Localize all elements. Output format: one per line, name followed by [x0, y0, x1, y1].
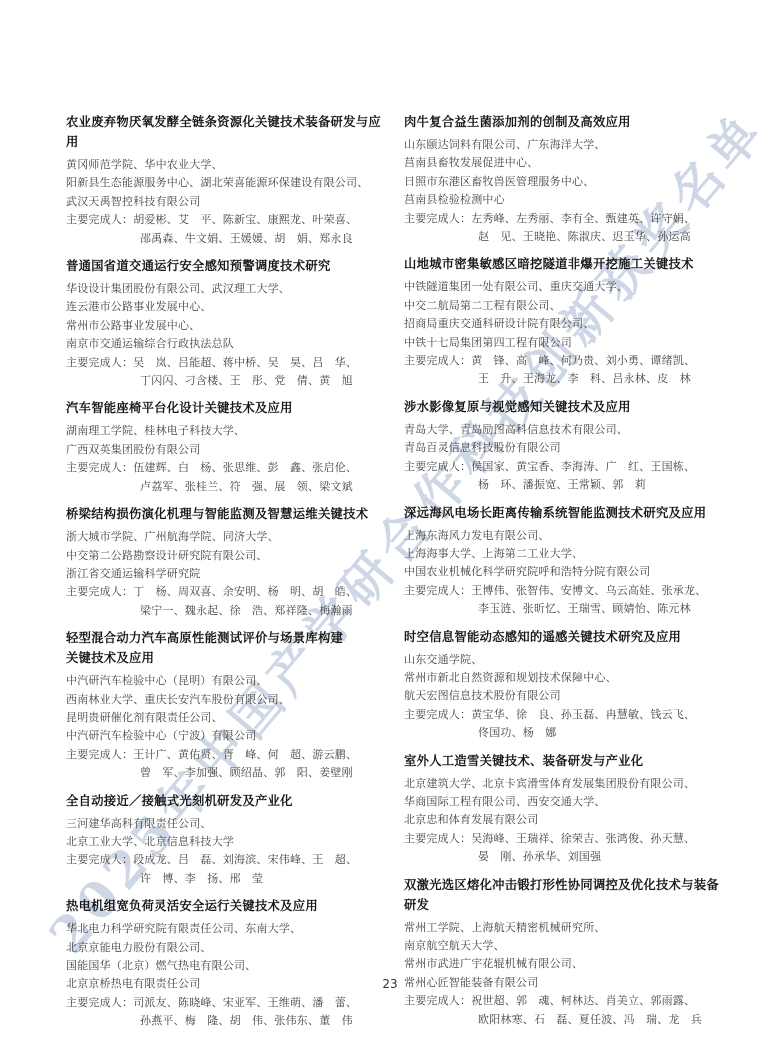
organization-line: 华商国际工程有限公司、西安交通大学、: [404, 793, 730, 811]
contributors-label: 主要完成人：: [66, 853, 133, 866]
organization-line: 常州市武进广宇花辊机械有限公司、: [404, 955, 730, 973]
contributors-names: 吴海峰、王瑞祥、徐荣吉、张鸿俊、孙天慧、: [471, 832, 695, 845]
contributors-line-continued: 丁闪闪、刁含楼、王 彤、党 倩、黄 旭: [66, 372, 392, 390]
organization-line: 青岛百灵信息科技股份有限公司: [404, 439, 730, 457]
contributors-line: 主要完成人：侯国家、黄宝香、李海涛、广 红、王国栋、: [404, 458, 730, 476]
contributors-names: 胡爱彬、艾 平、陈新宝、康熙龙、叶荣喜、: [133, 213, 357, 226]
organization-line: 阳新县生态能源服务中心、湖北荣喜能源环保建设有限公司、: [66, 174, 392, 192]
contributors-label: 主要完成人：: [66, 213, 133, 226]
entry-title: 汽车智能座椅平台化设计关键技术及应用: [66, 398, 392, 418]
organization-line: 上海海事大学、上海第二工业大学、: [404, 545, 730, 563]
contributors-line-continued: 梁宁一、魏永起、徐 浩、郑祥隆、梅瀚雨: [66, 602, 392, 620]
contributors-line-continued: 邵禹森、牛文娟、王媛媛、胡 娟、郑永良: [66, 230, 392, 248]
organization-line: 广西双英集团股份有限公司: [66, 441, 392, 459]
entry-title: 时空信息智能动态感知的遥感关键技术研究及应用: [404, 627, 730, 647]
contributors-line: 主要完成人：王博伟、张智伟、安博文、乌云高娃、张承龙、: [404, 582, 730, 600]
award-entry: 涉水影像复原与视觉感知关键技术及应用青岛大学、青岛励图高科信息技术有限公司、青岛…: [404, 397, 730, 495]
contributors-line: 主要完成人：司派友、陈晓峰、宋亚军、王维萌、潘 蕾、: [66, 994, 392, 1012]
contributors-line-continued: 孙燕平、梅 隆、胡 伟、张伟东、董 伟: [66, 1012, 392, 1030]
contributors-line-continued: 许 博、李 扬、邢 莹: [66, 870, 392, 888]
contributors-line: 主要完成人：祝世超、郭 魂、柯林达、肖美立、郭雨露、: [404, 992, 730, 1010]
award-entry: 普通国省道交通运行安全感知预警调度技术研究华设设计集团股份有限公司、武汉理工大学…: [66, 256, 392, 390]
entry-title: 轻型混合动力汽车高原性能测试评价与场景库构建 关键技术及应用: [66, 628, 392, 668]
organization-line: 山东颐达饲料有限公司、广东海洋大学、: [404, 136, 730, 154]
contributors-label: 主要完成人：: [66, 996, 133, 1009]
organization-line: 北京工业大学、北京信息科技大学: [66, 833, 392, 851]
contributors-names: 王计广、黄佑贤、胥 峰、何 超、游云鹏、: [133, 748, 357, 761]
organization-line: 上海东海风力发电有限公司、: [404, 527, 730, 545]
award-entry: 肉牛复合益生菌添加剂的创制及高效应用山东颐达饲料有限公司、广东海洋大学、莒南县畜…: [404, 112, 730, 246]
contributors-line-continued: 佟国功、杨 娜: [404, 724, 730, 742]
organization-line: 常州市新北自然资源和规划技术保障中心、: [404, 669, 730, 687]
organization-line: 航天宏图信息技术股份有限公司: [404, 687, 730, 705]
organization-line: 中交二航局第二工程有限公司、: [404, 297, 730, 315]
entry-title: 室外人工造雪关键技术、装备研发与产业化: [404, 751, 730, 771]
contributors-label: 主要完成人：: [404, 354, 471, 367]
contributors-names: 伍建辉、白 杨、张思维、彭 鑫、张启伦、: [133, 461, 357, 474]
contributors-line-continued: 王 升、王海龙、李 科、吕永林、皮 林: [404, 370, 730, 388]
contributors-line: 主要完成人：吴海峰、王瑞祥、徐荣吉、张鸿俊、孙天慧、: [404, 830, 730, 848]
contributors-label: 主要完成人：: [404, 994, 471, 1007]
contributors-line-continued: 卢荔军、张桂兰、符 强、展 领、梁文斌: [66, 478, 392, 496]
contributors-names: 司派友、陈晓峰、宋亚军、王维萌、潘 蕾、: [133, 996, 357, 1009]
organization-line: 国能国华（北京）燃气热电有限公司、: [66, 957, 392, 975]
entry-title: 深远海风电场长距离传输系统智能监测技术研究及应用: [404, 503, 730, 523]
contributors-line: 主要完成人：丁 杨、周双喜、余安明、杨 明、胡 皓、: [66, 583, 392, 601]
organization-line: 武汉天禹智控科技有限公司: [66, 193, 392, 211]
award-entry: 深远海风电场长距离传输系统智能监测技术研究及应用上海东海风力发电有限公司、上海海…: [404, 503, 730, 619]
contributors-label: 主要完成人：: [404, 584, 471, 597]
entry-title: 普通国省道交通运行安全感知预警调度技术研究: [66, 256, 392, 276]
organization-line: 日照市东港区畜牧兽医管理服务中心、: [404, 173, 730, 191]
contributors-label: 主要完成人：: [66, 461, 133, 474]
contributors-names: 王博伟、张智伟、安博文、乌云高娃、张承龙、: [471, 584, 706, 597]
organization-line: 招商局重庆交通科研设计院有限公司、: [404, 315, 730, 333]
organization-line: 南京航空航天大学、: [404, 937, 730, 955]
contributors-line: 主要完成人：段成龙、吕 磊、刘海滨、宋伟峰、王 超、: [66, 851, 392, 869]
contributors-names: 段成龙、吕 磊、刘海滨、宋伟峰、王 超、: [133, 853, 357, 866]
contributors-label: 主要完成人：: [404, 212, 471, 225]
organization-line: 中汽研汽车检验中心（宁波）有限公司: [66, 727, 392, 745]
organization-line: 西南林业大学、重庆长安汽车股份有限公司、: [66, 691, 392, 709]
left-column: 农业废弃物厌氧发酵全链条资源化关键技术装备研发与应用黄冈师范学院、华中农业大学、…: [66, 110, 392, 1034]
award-entry: 桥梁结构损伤演化机理与智能监测及智慧运维关键技术浙大城市学院、广州航海学院、同济…: [66, 504, 392, 620]
contributors-label: 主要完成人：: [404, 460, 471, 473]
organization-line: 黄冈师范学院、华中农业大学、: [66, 156, 392, 174]
contributors-line: 主要完成人：黄宝华、徐 良、孙玉磊、冉慧敏、钱云飞、: [404, 706, 730, 724]
award-entry: 室外人工造雪关键技术、装备研发与产业化北京建筑大学、北京卡宾滑雪体育发展集团股份…: [404, 751, 730, 867]
organization-line: 华设设计集团股份有限公司、武汉理工大学、: [66, 280, 392, 298]
organization-line: 三河建华高科有限责任公司、: [66, 815, 392, 833]
organization-line: 浙大城市学院、广州航海学院、同济大学、: [66, 528, 392, 546]
organization-line: 中交第二公路勘察设计研究院有限公司、: [66, 547, 392, 565]
organization-line: 莒南县畜牧发展促进中心、: [404, 154, 730, 172]
entry-title: 涉水影像复原与视觉感知关键技术及应用: [404, 397, 730, 417]
award-entry: 时空信息智能动态感知的遥感关键技术研究及应用山东交通学院、常州市新北自然资源和规…: [404, 627, 730, 743]
entry-title: 桥梁结构损伤演化机理与智能监测及智慧运维关键技术: [66, 504, 392, 524]
organization-line: 连云港市公路事业发展中心、: [66, 298, 392, 316]
page-number: 23: [0, 977, 780, 991]
contributors-names: 祝世超、郭 魂、柯林达、肖美立、郭雨露、: [471, 994, 695, 1007]
award-entry: 轻型混合动力汽车高原性能测试评价与场景库构建 关键技术及应用中汽研汽车检验中心（…: [66, 628, 392, 782]
organization-line: 北京忠和体育发展有限公司: [404, 811, 730, 829]
contributors-line-continued: 赵 见、王晓艳、陈淑庆、迟玉华、孙运高: [404, 228, 730, 246]
organization-line: 山东交通学院、: [404, 651, 730, 669]
award-entry: 农业废弃物厌氧发酵全链条资源化关键技术装备研发与应用黄冈师范学院、华中农业大学、…: [66, 112, 392, 248]
organization-line: 华北电力科学研究院有限责任公司、东南大学、: [66, 920, 392, 938]
organization-line: 中国农业机械化科学研究院呼和浩特分院有限公司: [404, 563, 730, 581]
entry-title: 农业废弃物厌氧发酵全链条资源化关键技术装备研发与应用: [66, 112, 392, 152]
contributors-names: 吴 岚、吕能超、蒋中桥、吴 昊、吕 华、: [133, 356, 357, 369]
award-entry: 全自动接近／接触式光刻机研发及产业化三河建华高科有限责任公司、北京工业大学、北京…: [66, 791, 392, 889]
organization-line: 昆明贵研催化剂有限责任公司、: [66, 709, 392, 727]
contributors-label: 主要完成人：: [404, 708, 471, 721]
contributors-label: 主要完成人：: [66, 748, 133, 761]
organization-line: 湖南理工学院、桂林电子科技大学、: [66, 422, 392, 440]
right-column: 肉牛复合益生菌添加剂的创制及高效应用山东颐达饲料有限公司、广东海洋大学、莒南县畜…: [404, 110, 730, 1034]
organization-line: 常州市公路事业发展中心、: [66, 317, 392, 335]
contributors-names: 侯国家、黄宝香、李海涛、广 红、王国栋、: [471, 460, 695, 473]
contributors-line-continued: 晏 刚、孙承华、刘国强: [404, 848, 730, 866]
contributors-line-continued: 曾 军、李加强、顾绍晶、郭 阳、姜壁刚: [66, 764, 392, 782]
entry-title: 双激光选区熔化冲击锻打形性协同调控及优化技术与装备研发: [404, 875, 730, 915]
contributors-names: 丁 杨、周双喜、余安明、杨 明、胡 皓、: [133, 585, 357, 598]
contributors-line: 主要完成人：吴 岚、吕能超、蒋中桥、吴 昊、吕 华、: [66, 354, 392, 372]
award-entry: 热电机组宽负荷灵活安全运行关键技术及应用华北电力科学研究院有限责任公司、东南大学…: [66, 896, 392, 1030]
contributors-label: 主要完成人：: [404, 832, 471, 845]
contributors-line: 主要完成人：胡爱彬、艾 平、陈新宝、康熙龙、叶荣喜、: [66, 211, 392, 229]
entry-title: 肉牛复合益生菌添加剂的创制及高效应用: [404, 112, 730, 132]
contributors-line-continued: 欧阳林寒、石 磊、夏任波、冯 瑞、龙 兵: [404, 1011, 730, 1029]
two-column-layout: 农业废弃物厌氧发酵全链条资源化关键技术装备研发与应用黄冈师范学院、华中农业大学、…: [66, 110, 730, 1034]
organization-line: 常州工学院、上海航天精密机械研究所、: [404, 919, 730, 937]
entry-title: 热电机组宽负荷灵活安全运行关键技术及应用: [66, 896, 392, 916]
contributors-line: 主要完成人：左秀峰、左秀丽、李有全、甄建英、许守娟、: [404, 210, 730, 228]
award-entry: 山地城市密集敏感区暗挖隧道非爆开挖施工关键技术中铁隧道集团一处有限公司、重庆交通…: [404, 254, 730, 388]
contributors-names: 左秀峰、左秀丽、李有全、甄建英、许守娟、: [471, 212, 695, 225]
entry-title: 山地城市密集敏感区暗挖隧道非爆开挖施工关键技术: [404, 254, 730, 274]
contributors-label: 主要完成人：: [66, 356, 133, 369]
organization-line: 南京市交通运输综合行政执法总队: [66, 335, 392, 353]
award-entry: 汽车智能座椅平台化设计关键技术及应用湖南理工学院、桂林电子科技大学、广西双英集团…: [66, 398, 392, 496]
contributors-line-continued: 杨 环、潘振宽、王常颖、郭 莉: [404, 476, 730, 494]
contributors-line-continued: 李玉涟、张昕忆、王瑞雪、顾婧怡、陈元林: [404, 600, 730, 618]
contributors-line: 主要完成人：王计广、黄佑贤、胥 峰、何 超、游云鹏、: [66, 746, 392, 764]
contributors-names: 黄宝华、徐 良、孙玉磊、冉慧敏、钱云飞、: [471, 708, 695, 721]
organization-line: 北京建筑大学、北京卡宾滑雪体育发展集团股份有限公司、: [404, 775, 730, 793]
organization-line: 莒南县检验检测中心: [404, 191, 730, 209]
entry-title: 全自动接近／接触式光刻机研发及产业化: [66, 791, 392, 811]
organization-line: 北京京能电力股份有限公司、: [66, 939, 392, 957]
award-entry: 双激光选区熔化冲击锻打形性协同调控及优化技术与装备研发常州工学院、上海航天精密机…: [404, 875, 730, 1029]
document-page: 2025年中国产学研合作科技创新获奖名单 农业废弃物厌氧发酵全链条资源化关键技术…: [0, 0, 780, 1050]
contributors-label: 主要完成人：: [66, 585, 133, 598]
organization-line: 浙江省交通运输科学研究院: [66, 565, 392, 583]
organization-line: 中铁隧道集团一处有限公司、重庆交通大学、: [404, 278, 730, 296]
contributors-names: 黄 锋、高 峰、何乃贵、刘小勇、谭绪凯、: [471, 354, 695, 367]
organization-line: 中铁十七局集团第四工程有限公司: [404, 334, 730, 352]
contributors-line: 主要完成人：黄 锋、高 峰、何乃贵、刘小勇、谭绪凯、: [404, 352, 730, 370]
organization-line: 青岛大学、青岛励图高科信息技术有限公司、: [404, 421, 730, 439]
contributors-line: 主要完成人：伍建辉、白 杨、张思维、彭 鑫、张启伦、: [66, 459, 392, 477]
organization-line: 中汽研汽车检验中心（昆明）有限公司、: [66, 672, 392, 690]
